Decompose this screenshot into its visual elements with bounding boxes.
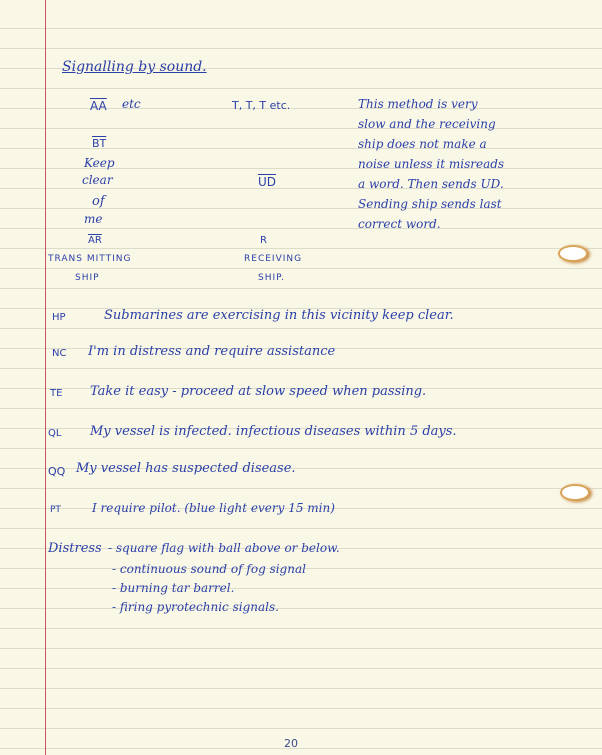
meaning-te: Take it easy - proceed at slow speed whe… [90, 385, 426, 398]
meaning-pt: I require pilot. (blue light every 15 mi… [92, 502, 335, 514]
word-of: of [92, 195, 105, 208]
page-title: Signalling by sound. [62, 60, 207, 74]
meaning-qq: My vessel has suspected disease. [76, 462, 296, 475]
signal-aa: AA [90, 100, 107, 112]
punch-hole [560, 247, 586, 260]
notebook-page: Signalling by sound. AA etc T, T, T etc.… [0, 0, 602, 755]
distress-label: Distress [48, 542, 102, 555]
signal-ar: AR [88, 236, 102, 246]
signal-aa-suffix: etc [122, 98, 141, 110]
page-number: 20 [284, 737, 298, 750]
label-transmitting: TRANS MITTING [48, 255, 131, 264]
code-ql: QL [48, 429, 61, 439]
meaning-nc: I'm in distress and require assistance [88, 345, 335, 358]
word-me: me [84, 213, 102, 225]
distress-item: - square flag with ball above or below. [108, 542, 340, 554]
meaning-hp: Submarines are exercising in this vicini… [104, 309, 454, 322]
margin-line [45, 0, 46, 755]
label-receiving: RECEIVING [244, 255, 302, 264]
signal-ttt: T, T, T etc. [232, 100, 290, 111]
word-clear: clear [82, 174, 113, 186]
meaning-ql: My vessel is infected. infectious diseas… [90, 425, 457, 438]
signal-ud: UD [258, 176, 276, 188]
signal-r: R [260, 236, 267, 246]
distress-item: - firing pyrotechnic signals. [112, 601, 279, 613]
distress-item: - continuous sound of fog signal [112, 563, 306, 575]
signal-bt: BT [92, 138, 106, 149]
code-hp: HP [52, 313, 66, 323]
code-te: TE [50, 389, 62, 399]
code-qq: QQ [48, 466, 65, 477]
code-nc: NC [52, 349, 66, 359]
distress-item: - burning tar barrel. [112, 582, 234, 594]
label-transmitting-ship: SHIP [75, 274, 100, 283]
word-keep: Keep [84, 157, 115, 169]
code-pt: PT [50, 506, 61, 515]
punch-hole [562, 486, 588, 499]
method-note: This method is very slow and the receivi… [358, 94, 598, 234]
label-receiving-ship: SHIP. [258, 274, 285, 283]
